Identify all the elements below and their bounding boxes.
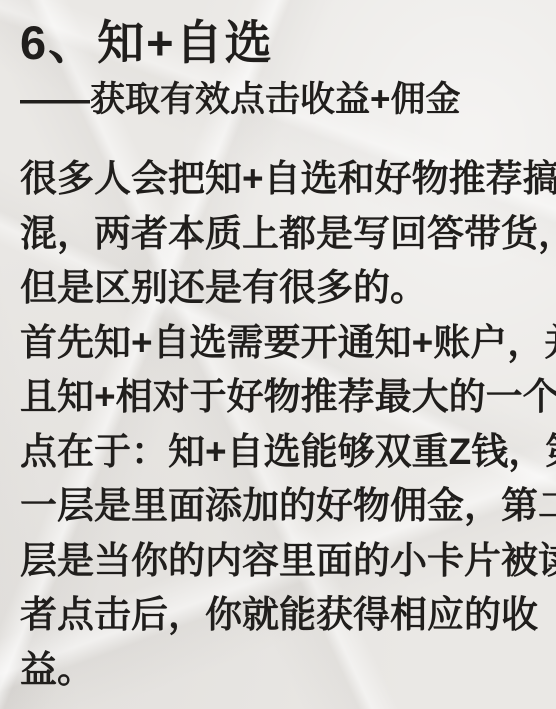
text-line: 混，两者本质上都是写回答带货， xyxy=(20,207,542,262)
poster-content: 6、知+自选 ——获取有效点击收益+佣金 很多人会把知+自选和好物推荐搞 混，两… xyxy=(0,0,556,697)
text-line: 但是区别还是有很多的。 xyxy=(20,261,542,316)
poster-background: 6、知+自选 ——获取有效点击收益+佣金 很多人会把知+自选和好物推荐搞 混，两… xyxy=(0,0,556,709)
text-line: 首先知+自选需要开通知+账户，并 xyxy=(20,316,542,371)
text-line: 很多人会把知+自选和好物推荐搞 xyxy=(20,152,542,207)
page-subtitle: ——获取有效点击收益+佣金 xyxy=(20,78,542,122)
text-line: 者点击后，你就能获得相应的收 xyxy=(20,588,542,643)
text-line: 且知+相对于好物推荐最大的一个优 xyxy=(20,370,542,425)
text-line: 一层是里面添加的好物佣金，第二 xyxy=(20,479,542,534)
page-title: 6、知+自选 xyxy=(20,14,542,72)
text-line: 益。 xyxy=(20,643,542,698)
text-line: 点在于：知+自选能够双重Z钱，第 xyxy=(20,425,542,480)
text-line: 层是当你的内容里面的小卡片被读 xyxy=(20,534,542,589)
body-text: 很多人会把知+自选和好物推荐搞 混，两者本质上都是写回答带货， 但是区别还是有很… xyxy=(20,152,542,697)
